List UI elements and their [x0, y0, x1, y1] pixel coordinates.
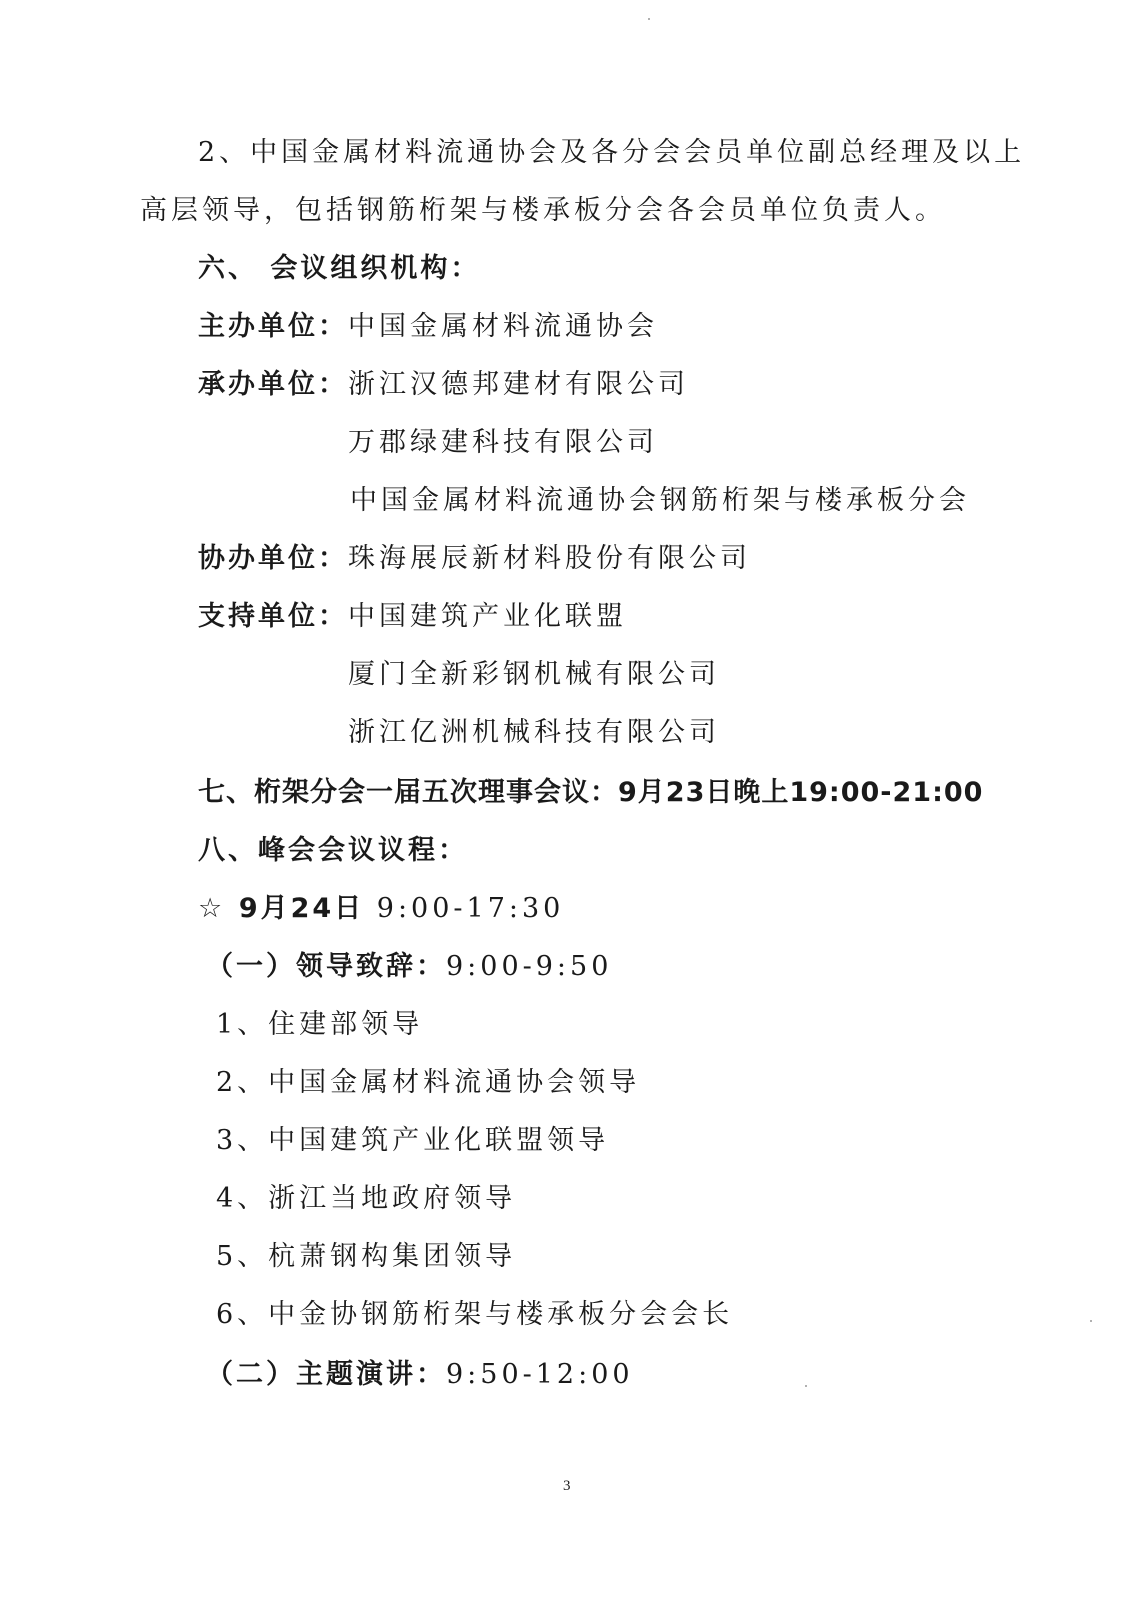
organizer-row: 主办单位：中国金属材料流通协会	[198, 310, 658, 344]
agenda-item: 6、中金协钢筋桁架与楼承板分会会长	[216, 1298, 733, 1332]
agenda-day-row: ☆ 9月24日 9:00-17:30	[198, 892, 564, 926]
agenda-day-time: 9:00-17:30	[377, 893, 565, 924]
star-icon: ☆	[198, 893, 226, 924]
host-row: 承办单位：浙江汉德邦建材有限公司	[198, 368, 689, 402]
section-8-heading: 八、峰会会议议程：	[198, 834, 468, 868]
supporter-item: 厦门全新彩钢机械有限公司	[348, 658, 720, 692]
scan-speck	[805, 1385, 807, 1387]
supporter-label: 支持单位：	[198, 601, 348, 632]
organizer-label: 主办单位：	[198, 311, 348, 342]
co-organizer-row: 协办单位：珠海展辰新材料股份有限公司	[198, 542, 751, 576]
agenda-item: 1、住建部领导	[216, 1008, 423, 1042]
part-1-label: （一）领导致辞：	[206, 951, 446, 982]
agenda-item: 4、浙江当地政府领导	[216, 1182, 516, 1216]
part-2-row: （二）主题演讲：9:50-12:00	[206, 1358, 634, 1392]
scan-speck	[1090, 1320, 1092, 1322]
section-6-heading: 六、 会议组织机构：	[198, 252, 480, 286]
part-1-row: （一）领导致辞：9:00-9:50	[206, 950, 612, 984]
supporter-item: 浙江亿洲机械科技有限公司	[348, 716, 720, 750]
host-label: 承办单位：	[198, 369, 348, 400]
part-2-time: 9:50-12:00	[446, 1359, 634, 1390]
co-organizer-item: 珠海展辰新材料股份有限公司	[348, 543, 751, 574]
agenda-item: 3、中国建筑产业化联盟领导	[216, 1124, 609, 1158]
host-item: 中国金属材料流通协会钢筋桁架与楼承板分会	[350, 484, 970, 518]
host-item: 万郡绿建科技有限公司	[348, 426, 658, 460]
section-7-heading: 七、桁架分会一届五次理事会议：9月23日晚上19:00-21:00	[198, 776, 983, 810]
agenda-item: 5、杭萧钢构集团领导	[216, 1240, 516, 1274]
organizer-item: 中国金属材料流通协会	[348, 311, 658, 342]
part-2-label: （二）主题演讲：	[206, 1359, 446, 1390]
scan-speck	[648, 18, 650, 20]
part-1-time: 9:00-9:50	[446, 951, 612, 982]
paragraph-2-line-2: 高层领导，包括钢筋桁架与楼承板分会各会员单位负责人。	[140, 194, 946, 228]
supporter-item: 中国建筑产业化联盟	[348, 601, 627, 632]
co-organizer-label: 协办单位：	[198, 543, 348, 574]
paragraph-2-line-1: 2、中国金属材料流通协会及各分会会员单位副总经理及以上	[198, 136, 1025, 170]
agenda-item: 2、中国金属材料流通协会领导	[216, 1066, 640, 1100]
page-number: 3	[563, 1478, 571, 1495]
supporter-row: 支持单位：中国建筑产业化联盟	[198, 600, 627, 634]
agenda-date: 9月24日	[239, 893, 364, 924]
host-item: 浙江汉德邦建材有限公司	[348, 369, 689, 400]
